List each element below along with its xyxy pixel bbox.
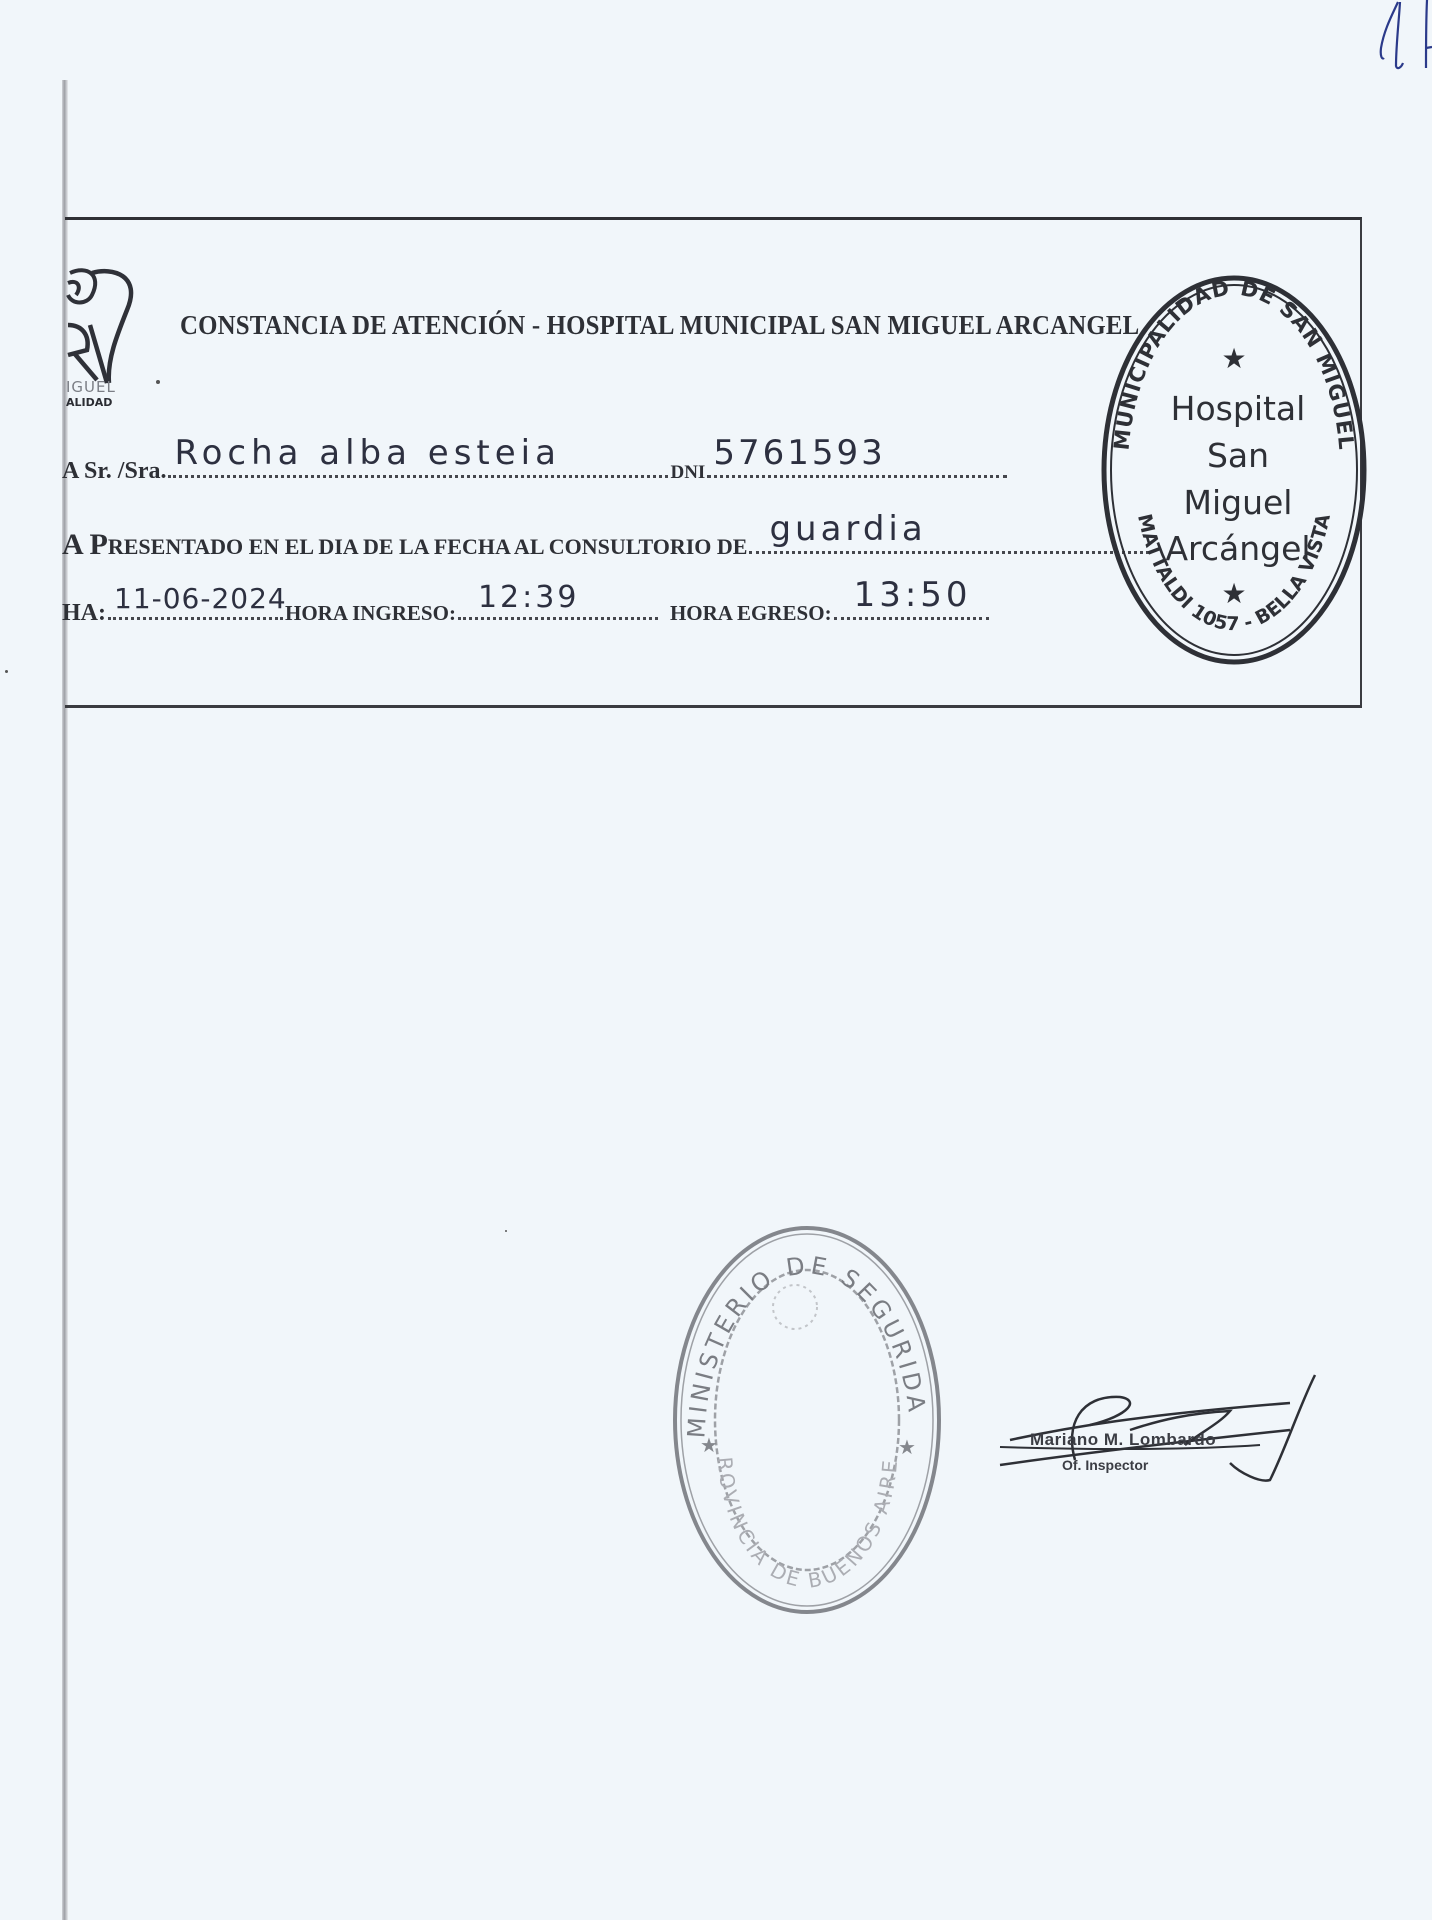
dni-value: 5761593 bbox=[713, 433, 885, 473]
entry-time-value: 12:39 bbox=[478, 580, 579, 615]
hospital-stamp-line: Hospital bbox=[1171, 389, 1306, 428]
logo-subcaption: ALIDAD bbox=[66, 396, 112, 409]
folio-mark bbox=[1370, 0, 1432, 75]
star-icon: ★ bbox=[700, 1433, 718, 1457]
scan-speck bbox=[156, 380, 160, 384]
date-label: HA: bbox=[62, 600, 106, 626]
signature-scribble bbox=[990, 1355, 1320, 1495]
ministry-stamp-top-text: MINISTERIO DE SEGURIDAD bbox=[670, 1222, 931, 1439]
consultorio-value: guardia bbox=[769, 509, 926, 549]
exit-time-value: 13:50 bbox=[854, 575, 972, 615]
presented-label-initial: A P bbox=[62, 528, 108, 561]
patient-field: Rocha alba esteia bbox=[168, 473, 668, 478]
patient-name-value: Rocha alba esteia bbox=[174, 433, 560, 473]
signatory-role: Of. Inspector bbox=[1062, 1457, 1148, 1473]
dni-field: 5761593 bbox=[707, 473, 1007, 478]
date-time-line: HA:11-06-2024HORA INGRESO:12:39HORA EGRE… bbox=[62, 600, 991, 627]
star-icon: ★ bbox=[1221, 342, 1246, 375]
ministry-stamp: MINISTERIO DE SEGURIDAD PROVINCIA DE BUE… bbox=[670, 1222, 945, 1618]
date-field: 11-06-2024 bbox=[108, 615, 283, 620]
hospital-stamp-line: Miguel bbox=[1184, 483, 1293, 522]
patient-label: A Sr. /Sra. bbox=[62, 458, 166, 484]
hospital-stamp-line: Arcángel bbox=[1165, 529, 1310, 568]
dni-label: DNI bbox=[670, 462, 705, 483]
patient-line: A Sr. /Sra.Rocha alba esteiaDNI5761593 bbox=[62, 458, 1009, 485]
signatory-name: Mariano M. Lombardo bbox=[1030, 1430, 1216, 1450]
scan-speck bbox=[505, 1230, 507, 1232]
entry-time-label: HORA INGRESO: bbox=[285, 601, 456, 625]
exit-time-label: HORA EGRESO: bbox=[670, 601, 832, 625]
entry-time-field: 12:39 bbox=[458, 615, 658, 620]
date-value: 11-06-2024 bbox=[114, 582, 287, 615]
consultorio-field: guardia bbox=[749, 549, 1149, 554]
hospital-stamp-line: San bbox=[1207, 436, 1269, 475]
presented-label: RESENTADO EN EL DIA DE LA FECHA AL CONSU… bbox=[108, 534, 748, 559]
consultorio-line: A PRESENTADO EN EL DIA DE LA FECHA AL CO… bbox=[62, 528, 1151, 562]
star-icon: ★ bbox=[898, 1435, 916, 1459]
hospital-stamp: MUNICIPALIDAD DE SAN MIGUEL MATTALDI 105… bbox=[1098, 270, 1370, 670]
logo-caption: IGUEL bbox=[66, 378, 116, 396]
star-icon: ★ bbox=[1221, 577, 1246, 610]
document-title: CONSTANCIA DE ATENCIÓN - HOSPITAL MUNICI… bbox=[180, 310, 1139, 341]
exit-time-field: 13:50 bbox=[834, 615, 989, 620]
svg-text:MINISTERIO DE SEGURIDAD: MINISTERIO DE SEGURIDAD bbox=[670, 1222, 931, 1439]
scan-speck bbox=[5, 670, 8, 673]
